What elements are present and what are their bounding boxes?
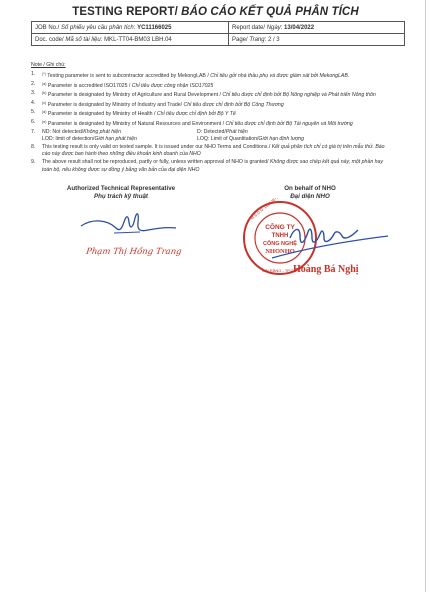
- technical-representative-block: Authorized Technical Representative Phụ …: [56, 185, 186, 200]
- abbrev-lod: LOD: limit of detection/ Giới hạn phát h…: [42, 136, 197, 144]
- doc-code-cell: Doc. code/ Mã số tài liệu: MKL-TT04-BM03…: [32, 34, 229, 46]
- note-number: 2.: [31, 81, 42, 91]
- job-no-cell: JOB No./ Số phiếu yêu cầu phân tích: YC1…: [32, 22, 229, 34]
- d-en: D: Detected/: [197, 129, 226, 137]
- job-no-label-vi: Số phiếu yêu cầu phân tích: [61, 25, 134, 31]
- note-text: This testing result is only valid on tes…: [42, 144, 393, 159]
- note-mark: (a): [42, 82, 46, 86]
- note-item-abbreviations: 7. ND: Not detected/ Không phát hiện D: …: [31, 129, 393, 144]
- abbrev-row: ND: Not detected/ Không phát hiện D: Det…: [42, 129, 393, 137]
- d-vi: Phát hiện: [226, 129, 248, 135]
- notes-list: 1. (*)Testing parameter is sent to subco…: [31, 71, 393, 174]
- nd-vi: Không phát hiện: [83, 129, 121, 135]
- note-mark: (e): [42, 120, 46, 124]
- loq-vi: Giới hạn định lượng: [258, 136, 304, 142]
- note-vi: Chỉ tiêu được chỉ định bởi Bộ Tài nguyên…: [226, 121, 353, 127]
- note-item: 4. (c)Parameter is designated by Ministr…: [31, 100, 393, 110]
- note-vi: Chỉ tiêu được chỉ định bởi Bộ Nông nghiệ…: [222, 92, 375, 98]
- note-text: ND: Not detected/ Không phát hiện D: Det…: [42, 129, 393, 144]
- note-en: This testing result is only valid on tes…: [42, 144, 272, 150]
- note-number: 5.: [31, 109, 42, 119]
- lod-en: LOD: limit of detection/: [42, 136, 94, 144]
- report-date-value: 13/04/2022: [284, 25, 314, 31]
- loq-en: LOQ: Limit of Quantitation/: [197, 136, 258, 144]
- abbrev-loq: LOQ: Limit of Quantitation/ Giới hạn địn…: [197, 136, 304, 144]
- doc-code-label: Doc. code/: [35, 37, 65, 43]
- left-title-vi: Phụ trách kỹ thuật: [56, 193, 186, 200]
- note-number: 4.: [31, 100, 42, 110]
- note-item: 3. (b)Parameter is designated by Ministr…: [31, 90, 393, 100]
- note-mark: (d): [42, 110, 46, 114]
- note-item: 1. (*)Testing parameter is sent to subco…: [31, 71, 393, 81]
- note-vi: Chỉ tiêu được chỉ định bởi Bộ Công Thươn…: [184, 102, 284, 108]
- note-item: 5. (d)Parameter is designated by Ministr…: [31, 109, 393, 119]
- page-label-vi: Trang: [249, 37, 264, 43]
- page-label: Page/: [232, 37, 249, 43]
- note-en: Parameter is designated by Ministry of I…: [48, 102, 184, 108]
- note-text: (a)Parameter is accredited ISO17025 / Ch…: [42, 81, 393, 91]
- job-no-value: YC11166025: [137, 25, 171, 31]
- note-number: 6.: [31, 119, 42, 129]
- left-signatory-name: Phạm Thị Hồng Trang: [85, 247, 182, 257]
- report-date-cell: Report date/ Ngày: 13/04/2022: [229, 22, 405, 34]
- note-vi: Chỉ tiêu được công nhận ISO17025: [132, 83, 213, 89]
- page-cell: Page/ Trang: 2 / 3: [229, 34, 405, 46]
- right-title-en: On behalf of NHO: [255, 185, 365, 192]
- note-en: Testing parameter is sent to subcontract…: [47, 73, 210, 79]
- abbrev-nd: ND: Not detected/ Không phát hiện: [42, 129, 197, 137]
- report-date-label: Report date/: [232, 25, 267, 31]
- abbrev-row: LOD: limit of detection/ Giới hạn phát h…: [42, 136, 393, 144]
- note-number: 8.: [31, 144, 42, 159]
- document-title: TESTING REPORT/ BÁO CÁO KẾT QUẢ PHÂN TÍC…: [0, 6, 431, 18]
- report-date-label-vi: Ngày: [267, 25, 281, 31]
- note-number: 3.: [31, 90, 42, 100]
- page-value: 2 / 3: [268, 37, 280, 43]
- note-en: Parameter is designated by Ministry of A…: [48, 92, 222, 98]
- note-mark: (*): [42, 72, 46, 76]
- note-item: 6. (e)Parameter is designated by Ministr…: [31, 119, 393, 129]
- note-number: 7.: [31, 129, 42, 144]
- note-mark: (b): [42, 91, 46, 95]
- note-item: 9. The above result shall not be reprodu…: [31, 159, 393, 174]
- note-en: Parameter is designated by Ministry of H…: [48, 111, 157, 117]
- right-signature-icon: [270, 218, 390, 263]
- note-text: (e)Parameter is designated by Ministry o…: [42, 119, 393, 129]
- left-title-en: Authorized Technical Representative: [56, 185, 186, 192]
- note-text: (c)Parameter is designated by Ministry o…: [42, 100, 393, 110]
- note-en: Parameter is designated by Ministry of N…: [48, 121, 226, 127]
- report-header-table: JOB No./ Số phiếu yêu cầu phân tích: YC1…: [31, 21, 405, 46]
- job-no-label: JOB No./: [35, 25, 61, 31]
- svg-text:CÁI RĂNG - TP.C: CÁI RĂNG - TP.C: [262, 268, 294, 273]
- note-text: (*)Testing parameter is sent to subcontr…: [42, 71, 393, 81]
- note-text: The above result shall not be reproduced…: [42, 159, 393, 174]
- note-en: Parameter is accredited ISO17025 /: [48, 83, 132, 89]
- note-number: 1.: [31, 71, 42, 81]
- note-number: 9.: [31, 159, 42, 174]
- doc-code-label-vi: Mã số tài liệu: [65, 37, 100, 43]
- note-text: (b)Parameter is designated by Ministry o…: [42, 90, 393, 100]
- note-mark: (c): [42, 101, 46, 105]
- title-vi: BÁO CÁO KẾT QUẢ PHÂN TÍCH: [178, 6, 359, 18]
- note-item: 8. This testing result is only valid on …: [31, 144, 393, 159]
- page-edge: [425, 0, 426, 592]
- abbrev-d: D: Detected/ Phát hiện: [197, 129, 248, 137]
- doc-code-value: MKL-TT04-BM03 LBH.04: [104, 37, 172, 43]
- note-item: 2. (a)Parameter is accredited ISO17025 /…: [31, 81, 393, 91]
- left-signature-icon: [78, 208, 178, 238]
- title-en: TESTING REPORT/: [72, 6, 178, 18]
- right-signatory-name: Hoàng Bá Nghị: [293, 264, 359, 275]
- note-vi: Chỉ tiêu được chỉ định bởi Bộ Y Tế: [157, 111, 236, 117]
- notes-title: Note / Ghi chú:: [31, 62, 66, 68]
- nd-en: ND: Not detected/: [42, 129, 83, 137]
- note-text: (d)Parameter is designated by Ministry o…: [42, 109, 393, 119]
- note-vi: Chỉ tiêu gởi nhà thầu phụ và được giám s…: [210, 73, 349, 79]
- lod-vi: Giới hạn phát hiện: [94, 136, 136, 142]
- note-en: The above result shall not be reproduced…: [42, 159, 270, 165]
